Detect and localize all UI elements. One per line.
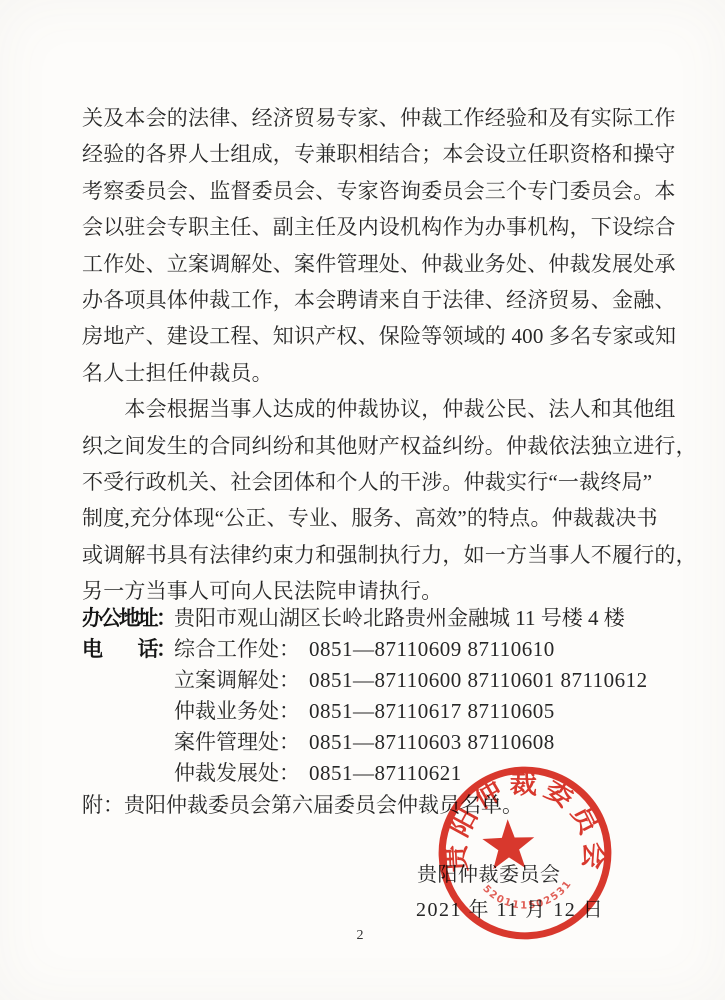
phone-dept: 仲裁业务处：: [174, 699, 300, 723]
phone-dept: 仲裁发展处：: [174, 761, 300, 785]
document-body: 关及本会的法律、经济贸易专家、仲裁工作经验和及有实际工作 经验的各界人士组成，专…: [82, 100, 657, 610]
phone-row: 立案调解处：0851—87110600 87110601 87110612: [82, 665, 672, 696]
attachment-note: 附：贵阳仲裁委员会第六届委员会仲裁员名单。: [82, 790, 672, 821]
signature-organization: 贵阳仲裁委员会: [417, 858, 561, 887]
phone-dept: 立案调解处：: [174, 668, 300, 692]
body-line: 经验的各界人士组成，专兼职相结合；本会设立任职资格和操守: [82, 136, 657, 172]
phone-numbers: 0851—87110603 87110608: [309, 730, 555, 754]
contact-block: 办公地址：贵阳市观山湖区长岭北路贵州金融城 11 号楼 4 楼 电 话：综合工作…: [82, 603, 672, 821]
phone-row: 仲裁发展处：0851—87110621: [82, 758, 672, 789]
body-line: 关及本会的法律、经济贸易专家、仲裁工作经验和及有实际工作: [82, 100, 657, 136]
page-number: 2: [330, 928, 390, 944]
phone-label: 电 话：: [82, 634, 174, 665]
signature-date: 2021 年 11 月 12 日: [416, 893, 604, 922]
phone-row: 仲裁业务处：0851—87110617 87110605: [82, 696, 672, 727]
phone-numbers: 0851—87110600 87110601 87110612: [309, 668, 648, 692]
body-line: 本会根据当事人达成的仲裁协议，仲裁公民、法人和其他组: [82, 391, 657, 427]
body-line: 会以驻会专职主任、副主任及内设机构作为办事机构，下设综合: [82, 209, 657, 245]
office-address-value: 贵阳市观山湖区长岭北路贵州金融城 11 号楼 4 楼: [174, 606, 625, 630]
scanned-document-page: 关及本会的法律、经济贸易专家、仲裁工作经验和及有实际工作 经验的各界人士组成，专…: [0, 0, 725, 1000]
phone-row: 电 话：综合工作处：0851—87110609 87110610: [82, 634, 672, 665]
body-line: 房地产、建设工程、知识产权、保险等领域的 400 多名专家或知: [82, 318, 657, 354]
phone-numbers: 0851—87110617 87110605: [309, 699, 555, 723]
office-address-label: 办公地址：: [82, 603, 174, 634]
phone-row: 案件管理处：0851—87110603 87110608: [82, 727, 672, 758]
phone-numbers: 0851—87110621: [309, 761, 462, 785]
phone-dept: 综合工作处：: [174, 637, 300, 661]
body-line: 工作处、立案调解处、案件管理处、仲裁业务处、仲裁发展处承: [82, 246, 657, 282]
phone-numbers: 0851—87110609 87110610: [309, 637, 555, 661]
body-line: 办各项具体仲裁工作，本会聘请来自于法律、经济贸易、金融、: [82, 282, 657, 318]
body-line: 考察委员会、监督委员会、专家咨询委员会三个专门委员会。本: [82, 173, 657, 209]
body-line: 名人士担任仲裁员。: [82, 355, 657, 391]
body-line: 或调解书具有法律约束力和强制执行力，如一方当事人不履行的，: [82, 537, 657, 573]
body-line: 不受行政机关、社会团体和个人的干涉。仲裁实行“一裁终局”: [82, 464, 657, 500]
phone-dept: 案件管理处：: [174, 730, 300, 754]
body-line: 制度,充分体现“公正、专业、服务、高效”的特点。仲裁裁决书: [82, 500, 657, 536]
body-line: 织之间发生的合同纠纷和其他财产权益纠纷。仲裁依法独立进行，: [82, 428, 657, 464]
office-address-row: 办公地址：贵阳市观山湖区长岭北路贵州金融城 11 号楼 4 楼: [82, 603, 672, 634]
